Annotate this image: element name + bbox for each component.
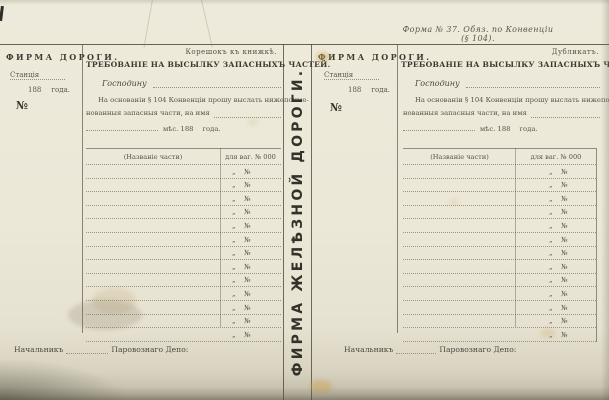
table-body: „№„№„№„№„№„№„№„№„№„№„№„№„№ — [403, 165, 596, 342]
stub-divider — [82, 45, 83, 333]
row-number-sign: № — [561, 263, 568, 271]
table-row: „№ — [403, 219, 596, 233]
body-text-line3: мѣс. 188года. — [86, 122, 221, 134]
ditto-mark: „ — [549, 249, 553, 257]
row-number-sign: № — [561, 276, 568, 284]
column-part-name: (Названіе части) — [86, 153, 220, 161]
ditto-mark: „ — [232, 304, 236, 312]
ditto-mark: „ — [232, 222, 236, 230]
row-number-sign: № — [561, 181, 568, 189]
ditto-mark: „ — [549, 236, 553, 244]
firm-name-strip: ФИРМА ЖЕЛѢЗНОЙ ДОРОГИ. — [283, 44, 312, 400]
table-row: „№ — [403, 301, 596, 315]
depot-label: Паровознаго Депо: — [439, 345, 516, 354]
form-title: ТРЕБОВАНІЕ НА ВЫСЫЛКУ ЗАПАСНЫХЪ ЧАСТЕЙ. — [401, 60, 601, 69]
table-row: „№ — [86, 233, 281, 247]
column-divider — [220, 148, 221, 327]
table-row: „№ — [86, 260, 281, 274]
table-row: „№ — [403, 328, 596, 342]
stub-divider — [397, 45, 398, 333]
fill-in-line — [86, 122, 158, 131]
station-field: Станція — [324, 71, 379, 80]
railway-firm-vertical-text: ФИРМА ЖЕЛѢЗНОЙ ДОРОГИ. — [290, 68, 306, 377]
table-row: „№ — [403, 233, 596, 247]
ditto-mark: „ — [549, 263, 553, 271]
row-number-sign: № — [244, 304, 251, 312]
duplicate-corner-label: Дубликатъ. — [552, 48, 599, 56]
body-text-line1: На основаніи § 104 Конвенціи прошу высла… — [98, 96, 309, 105]
ditto-mark: „ — [232, 290, 236, 298]
row-number-sign: № — [561, 222, 568, 230]
signature-line: Начальникъ Паровознаго Депо: — [344, 344, 516, 354]
row-number-sign: № — [561, 208, 568, 216]
ditto-mark: „ — [232, 263, 236, 271]
parts-table: (Названіе части) для ваг. № 000 „№„№„№„№… — [86, 148, 281, 342]
signature-line: Начальникъ Паровознаго Депо: — [14, 344, 188, 354]
fill-in-line — [214, 109, 281, 118]
counterfoil-corner-label: Корешокъ къ книжкѣ. — [185, 48, 277, 56]
paper-crease — [143, 0, 153, 48]
fill-in-line — [66, 344, 108, 354]
row-number-sign: № — [244, 331, 251, 339]
salutation-line: Господину — [102, 78, 281, 88]
table-row: „№ — [86, 165, 281, 179]
year-field: 188года. — [348, 86, 390, 94]
form-number-caption: Форма № 37. Обяз. по Конвенціи (§ 104). — [398, 25, 558, 43]
ditto-mark: „ — [549, 317, 553, 325]
row-number-sign: № — [561, 304, 568, 312]
number-field: № — [16, 99, 28, 112]
table-row: „№ — [403, 192, 596, 206]
row-number-sign: № — [561, 331, 568, 339]
ditto-mark: „ — [549, 290, 553, 298]
fill-in-line — [466, 78, 600, 88]
row-number-sign: № — [244, 181, 251, 189]
duplicate-panel: ФИРМА ДОРОГИ. Станція 188года. № Дублика… — [310, 44, 609, 400]
fill-in-line — [153, 78, 281, 88]
table-row: „№ — [86, 247, 281, 261]
table-row: „№ — [403, 247, 596, 261]
body-text-line3: мѣс. 188года. — [403, 122, 538, 134]
ditto-mark: „ — [232, 208, 236, 216]
row-number-sign: № — [244, 290, 251, 298]
ditto-mark: „ — [549, 222, 553, 230]
chief-label: Начальникъ — [14, 345, 63, 354]
column-wagon-no: для ваг. № 000 — [220, 153, 281, 161]
body-text-line2: нованныя запасныя части, на имя — [86, 109, 281, 118]
ditto-mark: „ — [549, 181, 553, 189]
body-text-line1: На основаніи § 104 Конвенціи прошу высла… — [415, 96, 609, 105]
table-row: „№ — [86, 315, 281, 329]
table-row: „№ — [403, 274, 596, 288]
table-header: (Названіе части) для ваг. № 000 — [86, 148, 281, 165]
row-number-sign: № — [244, 208, 251, 216]
table-header: (Названіе части) для ваг. № 000 — [403, 148, 596, 165]
table-row: „№ — [86, 328, 281, 342]
ditto-mark: „ — [232, 317, 236, 325]
ditto-mark: „ — [232, 236, 236, 244]
chief-label: Начальникъ — [344, 345, 393, 354]
row-number-sign: № — [244, 168, 251, 176]
row-number-sign: № — [561, 249, 568, 257]
depot-label: Паровознаго Депо: — [111, 345, 188, 354]
form-title: ТРЕБОВАНІЕ НА ВЫСЫЛКУ ЗАПАСНЫХЪ ЧАСТЕЙ. — [86, 60, 281, 69]
station-field: Станція — [10, 71, 65, 80]
table-row: „№ — [403, 260, 596, 274]
row-number-sign: № — [244, 249, 251, 257]
ditto-mark: „ — [549, 331, 553, 339]
fill-in-line — [403, 122, 475, 131]
row-number-sign: № — [244, 276, 251, 284]
parts-table: (Названіе части) для ваг. № 000 „№„№„№„№… — [403, 148, 597, 342]
row-number-sign: № — [244, 195, 251, 203]
fill-in-line — [396, 344, 436, 354]
row-number-sign: № — [244, 236, 251, 244]
row-number-sign: № — [244, 263, 251, 271]
year-field: 188года. — [28, 86, 70, 94]
body-text-line2: нованныя запасныя части, на имя — [403, 109, 600, 118]
number-field: № — [330, 101, 342, 114]
row-number-sign: № — [244, 222, 251, 230]
table-row: „№ — [403, 165, 596, 179]
row-number-sign: № — [561, 236, 568, 244]
table-row: „№ — [86, 301, 281, 315]
table-row: „№ — [86, 219, 281, 233]
table-row: „№ — [86, 192, 281, 206]
scanned-form-page: Форма № 37. Обяз. по Конвенціи (§ 104). … — [0, 0, 609, 400]
ditto-mark: „ — [549, 208, 553, 216]
column-part-name: (Названіе части) — [403, 153, 516, 161]
ditto-mark: „ — [232, 249, 236, 257]
row-number-sign: № — [561, 168, 568, 176]
page-edge-top — [0, 0, 609, 5]
table-row: „№ — [86, 274, 281, 288]
ditto-mark: „ — [232, 276, 236, 284]
column-wagon-no: для ваг. № 000 — [516, 153, 596, 161]
ditto-mark: „ — [232, 195, 236, 203]
scan-edge-mark — [0, 6, 4, 21]
table-row: „№ — [86, 206, 281, 220]
ditto-mark: „ — [232, 331, 236, 339]
table-row: „№ — [403, 179, 596, 193]
row-number-sign: № — [561, 195, 568, 203]
salutation-line: Господину — [415, 78, 600, 88]
table-row: „№ — [86, 179, 281, 193]
ditto-mark: „ — [549, 276, 553, 284]
ditto-mark: „ — [232, 168, 236, 176]
fill-in-line — [531, 109, 600, 118]
table-row: „№ — [403, 315, 596, 329]
ditto-mark: „ — [549, 195, 553, 203]
table-row: „№ — [86, 287, 281, 301]
row-number-sign: № — [244, 317, 251, 325]
table-row: „№ — [403, 287, 596, 301]
counterfoil-panel: ФИРМА ДОРОГИ. Станція 188года. № Корешок… — [0, 44, 283, 400]
table-body: „№„№„№„№„№„№„№„№„№„№„№„№„№ — [86, 165, 281, 342]
ditto-mark: „ — [232, 181, 236, 189]
column-divider — [515, 148, 516, 327]
ditto-mark: „ — [549, 304, 553, 312]
table-row: „№ — [403, 206, 596, 220]
row-number-sign: № — [561, 290, 568, 298]
paper-crease — [200, 0, 213, 47]
row-number-sign: № — [561, 317, 568, 325]
ditto-mark: „ — [549, 168, 553, 176]
